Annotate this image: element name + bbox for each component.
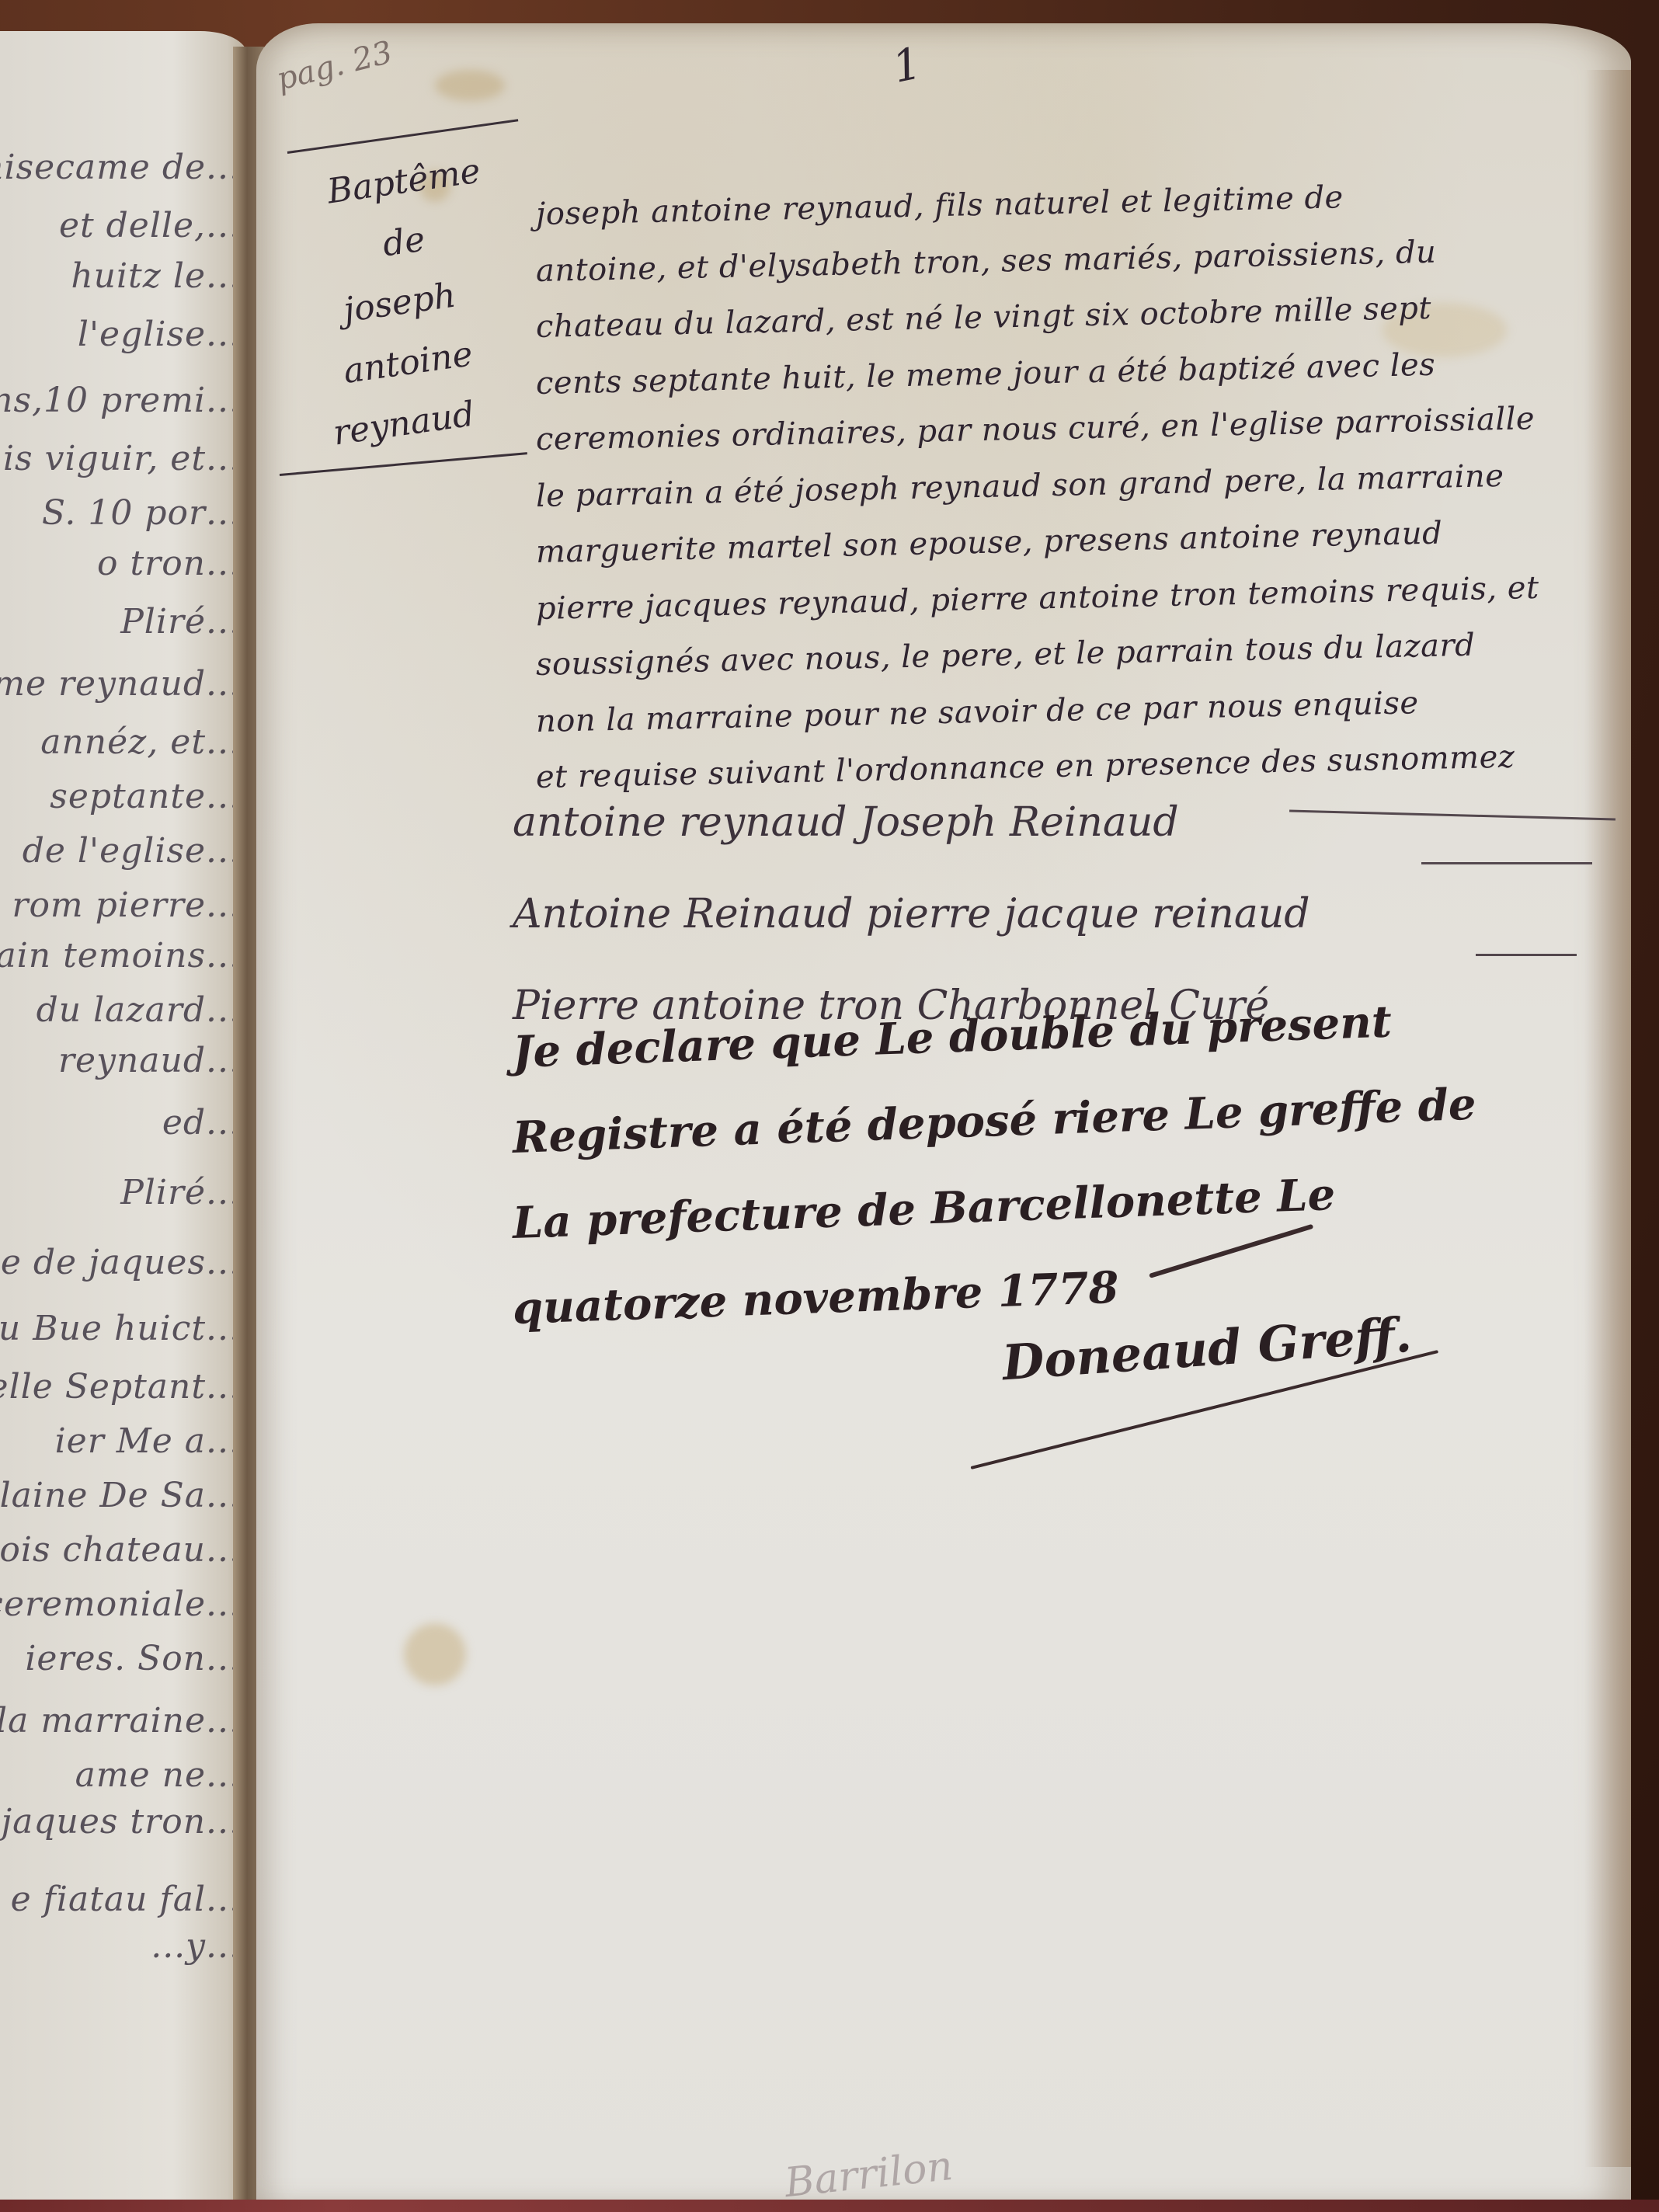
left-page-line: ...huitz le [0, 256, 241, 296]
left-page-line: ...Du Bue huict [0, 1309, 241, 1348]
signature-rule [1476, 954, 1577, 956]
left-page-line: ...Pliré [0, 1173, 241, 1212]
left-page-line: ...ceremoniale [0, 1584, 241, 1624]
left-page-line: ...ier Me a [0, 1421, 241, 1461]
left-page-line: ...S. 10 por [0, 493, 241, 533]
signature-line: antoine reynaud Joseph Reinaud [513, 777, 1616, 868]
left-page-line: ...et la marraine [0, 1701, 241, 1741]
left-page-line: ...Jamme reynaud [0, 664, 241, 704]
left-page-line: ...elle Septant. [0, 1367, 241, 1407]
left-page-line: ...reynaud [0, 1041, 241, 1080]
left-page-line: ...is viguir, et [0, 439, 241, 478]
left-page-line: ...y... [0, 1926, 241, 1966]
signature-rule [1421, 862, 1592, 864]
left-page-line: ...Pliré [0, 602, 241, 642]
left-page-line: ...ieres. Son [0, 1639, 241, 1678]
left-page-line: ...o tron [0, 544, 241, 583]
left-page: ...misecame de...,et delle...huitz le...… [0, 31, 247, 2212]
signature-line: Antoine Reinaud pierre jacque reinaud [513, 868, 1616, 960]
left-page-line: ...l'eglise [0, 315, 241, 354]
left-page-line: ...e de jaques [0, 1243, 241, 1282]
paper-stain [435, 70, 505, 101]
left-page-line: ...ame ne [0, 1755, 241, 1795]
left-page-line: ...cielaine De Sa [0, 1476, 241, 1515]
baptism-entry: joseph antoine reynaud, fils naturel et … [536, 186, 1639, 806]
book-cover-edge [0, 2200, 1659, 2212]
margin-note: Baptême de joseph antoine reynaud [280, 151, 528, 454]
left-page-line: ...ois chateau [0, 1530, 241, 1570]
left-page-line: ...jaques tron [0, 1802, 241, 1842]
deposit-declaration: Je declare que Le double du present Regi… [513, 1010, 1600, 1351]
left-page-line: ...ans,10 premi [0, 381, 241, 420]
left-page-line: ...misecame de [0, 148, 241, 187]
left-page-line: ...ain temoins [0, 936, 241, 976]
left-page-line: ...ed [0, 1103, 241, 1143]
left-page-line: ...e fiatau fal [0, 1880, 241, 1919]
left-page-line: ...annéz, et [0, 722, 241, 762]
left-page-line: ...de l'eglise [0, 831, 241, 871]
left-page-line: ...rom pierre [0, 885, 241, 925]
left-page-line: ...septante [0, 777, 241, 816]
left-page-line: ...,et delle [0, 206, 241, 245]
left-page-line: ...du lazard [0, 990, 241, 1030]
paper-stain [404, 1623, 466, 1685]
